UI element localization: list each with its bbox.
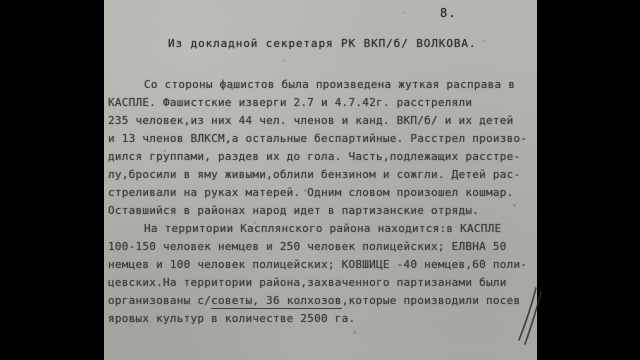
underlined-text: советы, 36 колхозов [211,294,342,309]
letterbox-bar-left [0,0,104,360]
document-page: 8. Из докладной секретаря РК ВКП/б/ ВОЛК… [104,0,537,360]
handwritten-double-slash-icon [502,284,542,350]
text-line: стреливали на руках матерей. Одним слово… [108,184,534,202]
text-line: немцев и 100 человек полицейских; КОВШИЦ… [108,256,534,274]
text-line-underlined: организованы с/советы, 36 колхозов,котор… [108,292,534,310]
document-header: Из докладной секретаря РК ВКП/б/ ВОЛКОВА… [168,37,476,50]
text-line: На территории Касплянского района находи… [108,220,534,238]
text-line: цевских.На территории района,захваченног… [108,274,534,292]
text-line: Оставшийся в районах народ идет в партиз… [108,202,534,220]
text-line: дился группами, раздев их до гола. Часть… [108,148,534,166]
paragraph-1: Со стороны фашистов была произведена жут… [108,76,534,220]
text-segment: организованы с/ [108,294,211,307]
text-line: и 13 членов ВЛКСМ,а остальные беспартийн… [108,130,534,148]
paragraph-2: На территории Касплянского района находи… [108,220,534,328]
text-line: лу,бросили в яму живыми,облили бензином … [108,166,534,184]
text-line: 235 человек,из них 44 чел. членов и канд… [108,112,534,130]
document-body: Со стороны фашистов была произведена жут… [108,76,534,328]
text-line: КАСПЛЕ. Фашистские изверги 2.7 и 4.7.42г… [108,94,534,112]
text-line: Со стороны фашистов была произведена жут… [108,76,534,94]
text-segment: ,которые производили посев [342,294,521,307]
letterbox-bar-right [537,0,640,360]
scanned-document-view: 8. Из докладной секретаря РК ВКП/б/ ВОЛК… [0,0,640,360]
page-number: 8. [440,6,456,20]
text-line: 100-150 человек немцев и 250 человек пол… [108,238,534,256]
text-line: яровых культур в количестве 2500 га. [108,310,534,328]
paper-noise [104,0,105,1]
